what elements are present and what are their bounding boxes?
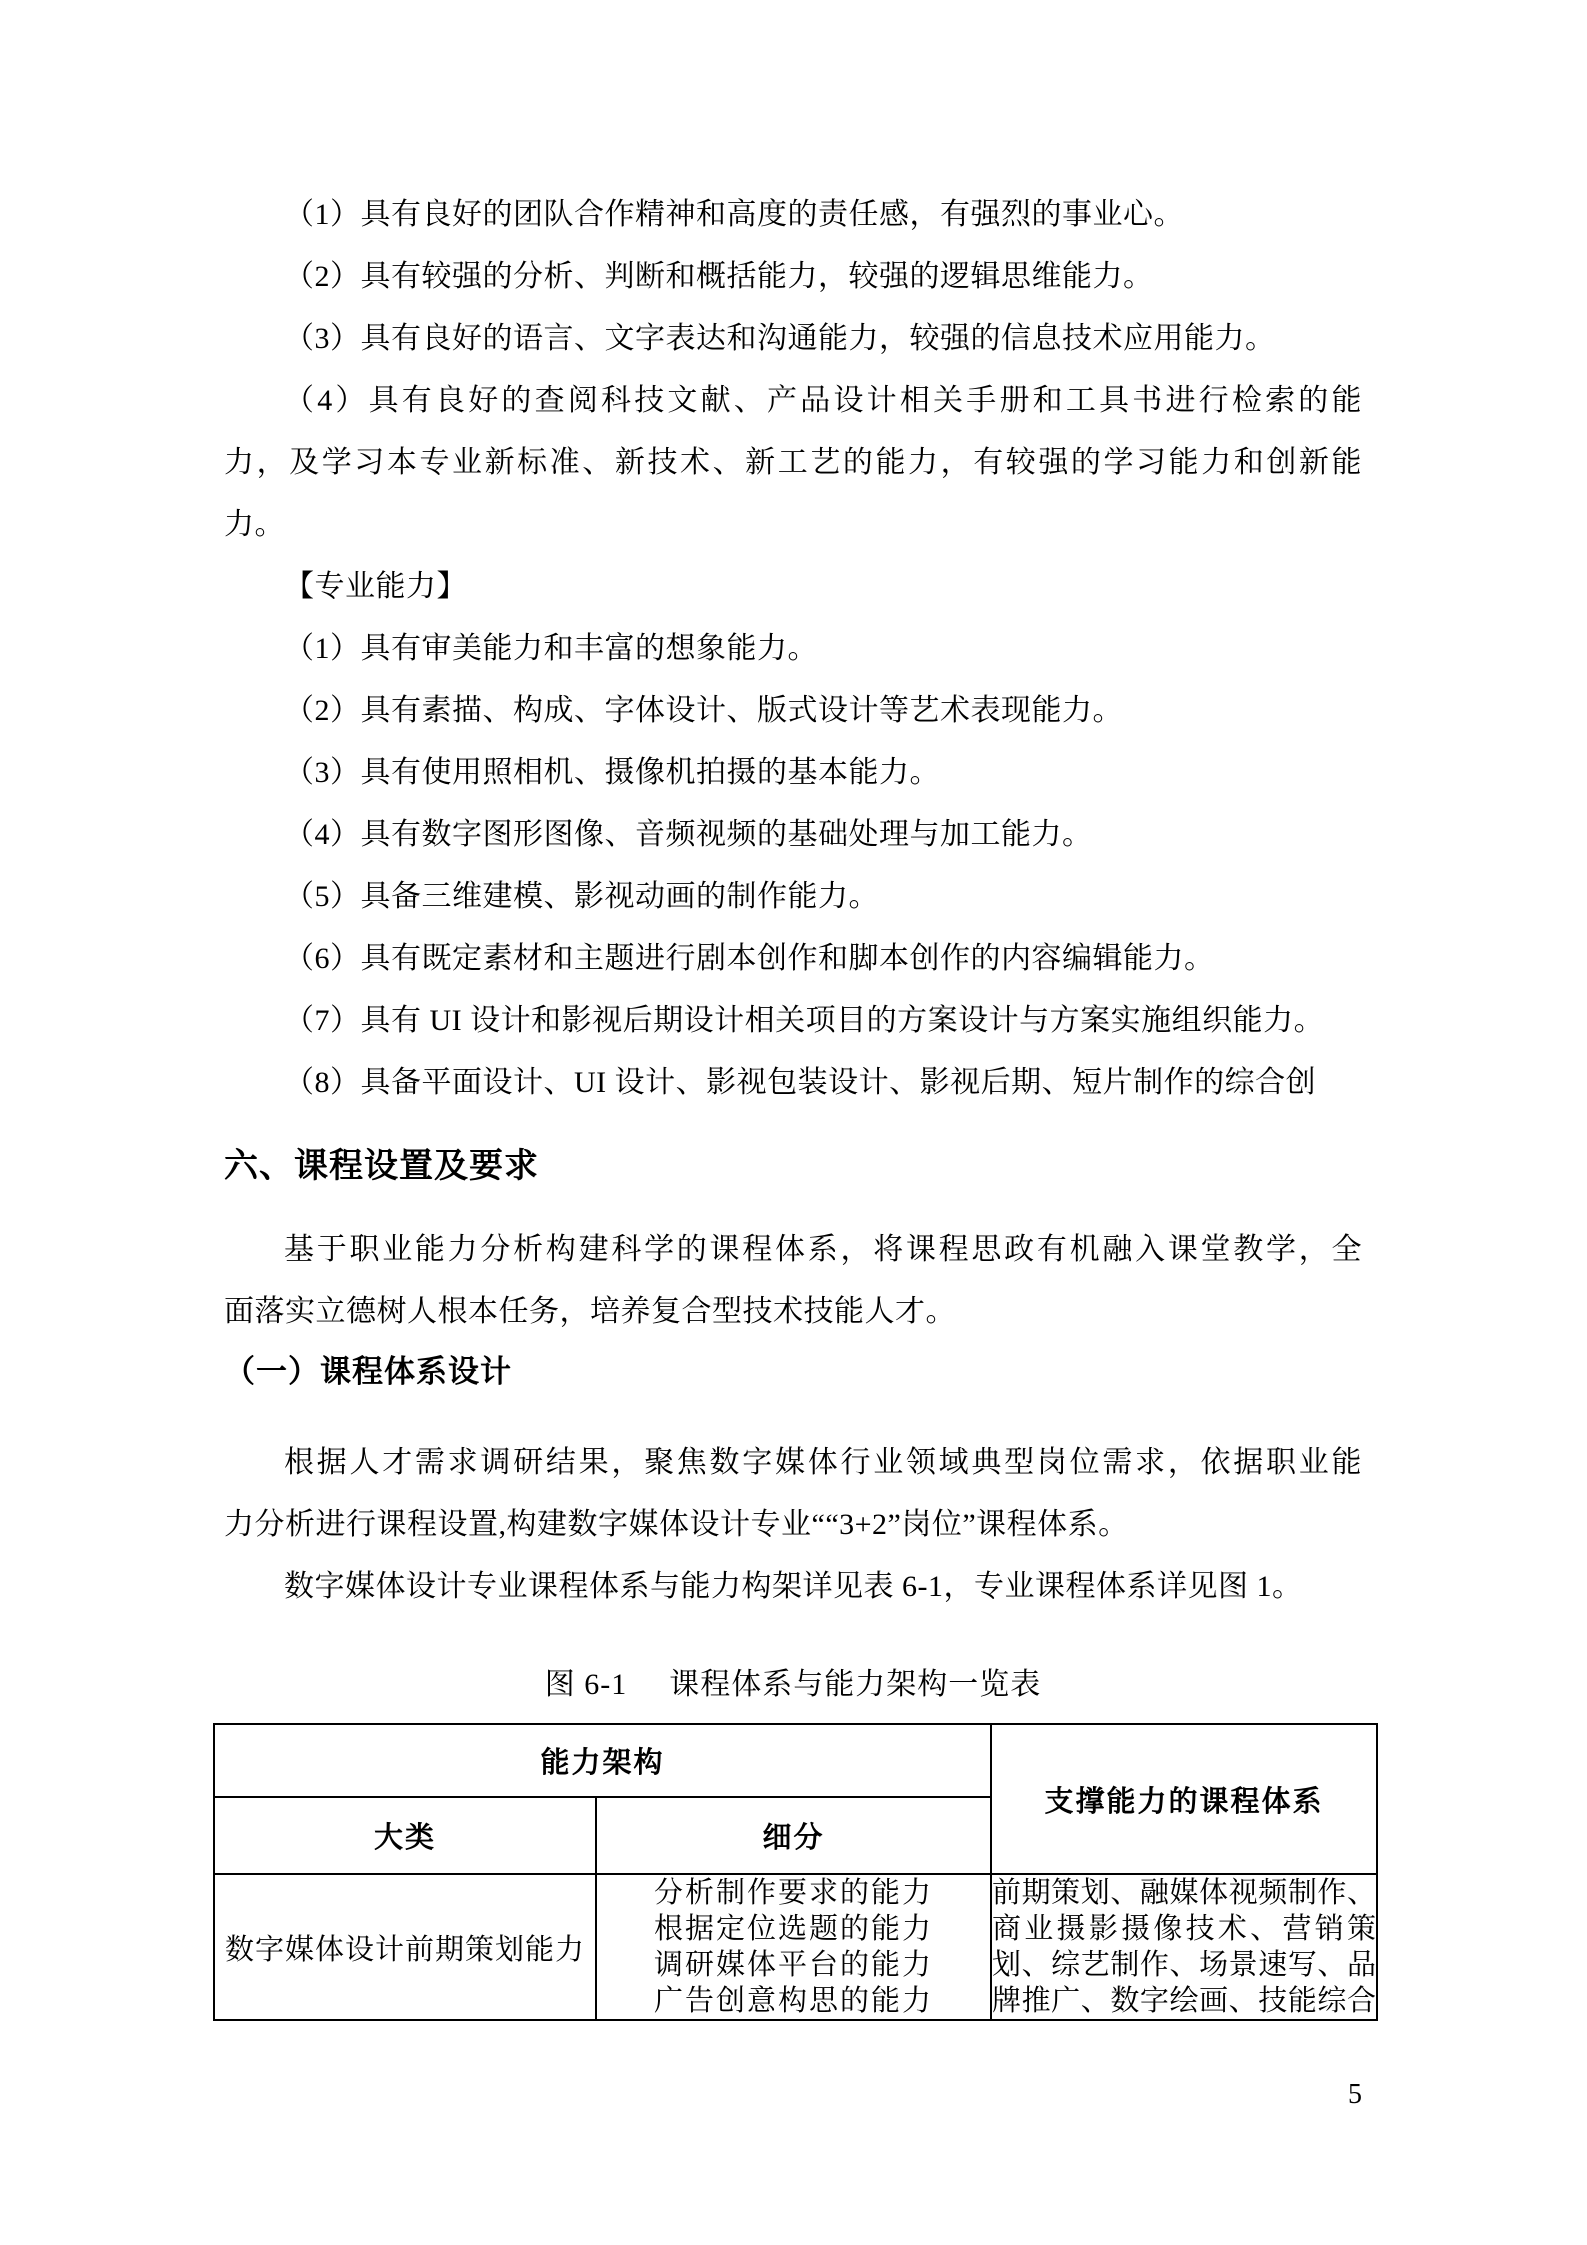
list-item: （3）具有使用照相机、摄像机拍摄的基本能力。	[224, 742, 1362, 804]
paragraph-continuation: 面落实立德树人根本任务，培养复合型技术技能人才。	[224, 1281, 1362, 1343]
table-cell-courses: 前期策划、融媒体视频制作、 商业摄影摄像技术、营销策 划、综艺制作、场景速写、品…	[991, 1874, 1377, 2020]
course-line: 前期策划、融媒体视频制作、	[992, 1875, 1376, 1911]
table-header-major: 大类	[214, 1797, 596, 1874]
list-item: （1）具有良好的团队合作精神和高度的责任感，有强烈的事业心。	[224, 184, 1362, 246]
list-item: （4）具有数字图形图像、音频视频的基础处理与加工能力。	[224, 804, 1362, 866]
list-item: （8）具备平面设计、UI 设计、影视包装设计、影视后期、短片制作的综合创	[224, 1052, 1362, 1114]
paragraph-line: 数字媒体设计专业课程体系与能力构架详见表 6-1，专业课程体系详见图 1。	[224, 1556, 1362, 1618]
paragraph-continuation: 力分析进行课程设置,构建数字媒体设计专业““3+2”岗位”课程体系。	[224, 1494, 1362, 1556]
subsection-heading: （一）课程体系设计	[224, 1343, 1362, 1401]
paragraph-continuation: 力。	[224, 494, 1362, 556]
detail-line: 广告创意构思的能力	[597, 1983, 990, 2019]
detail-line: 调研媒体平台的能力	[597, 1947, 990, 1983]
list-item: （3）具有良好的语言、文字表达和沟通能力，较强的信息技术应用能力。	[224, 308, 1362, 370]
list-item: （5）具备三维建模、影视动画的制作能力。	[224, 866, 1362, 928]
paragraph-continuation: 力，及学习本专业新标准、新技术、新工艺的能力，有较强的学习能力和创新能	[224, 432, 1362, 494]
document-body: （1）具有良好的团队合作精神和高度的责任感，有强烈的事业心。 （2）具有较强的分…	[224, 0, 1362, 2021]
document-page: （1）具有良好的团队合作精神和高度的责任感，有强烈的事业心。 （2）具有较强的分…	[0, 0, 1587, 2245]
table-cell-detail: 分析制作要求的能力 根据定位选题的能力 调研媒体平台的能力 广告创意构思的能力	[596, 1874, 991, 2020]
list-item: （1）具有审美能力和丰富的想象能力。	[224, 618, 1362, 680]
ability-course-table: 能力架构 支撑能力的课程体系 大类 细分 数字媒体设计前期策划能力 分析制作要求…	[213, 1723, 1378, 2021]
table-header-detail: 细分	[596, 1797, 991, 1874]
detail-line: 分析制作要求的能力	[597, 1875, 990, 1911]
table-cell-major: 数字媒体设计前期策划能力	[214, 1874, 596, 2020]
table-header-ability-framework: 能力架构	[214, 1724, 991, 1797]
paragraph-line: 根据人才需求调研结果，聚焦数字媒体行业领域典型岗位需求，依据职业能	[224, 1432, 1362, 1494]
course-line: 划、综艺制作、场景速写、品	[992, 1947, 1376, 1983]
table-caption-title: 课程体系与能力架构一览表	[669, 1668, 1041, 1701]
professional-ability-heading: 【专业能力】	[224, 556, 1362, 618]
list-item: （2）具有素描、构成、字体设计、版式设计等艺术表现能力。	[224, 680, 1362, 742]
paragraph-line: 基于职业能力分析构建科学的课程体系，将课程思政有机融入课堂教学，全	[224, 1219, 1362, 1281]
course-line: 牌推广、数字绘画、技能综合	[992, 1983, 1376, 2019]
course-line: 商业摄影摄像技术、营销策	[992, 1911, 1376, 1947]
table-row: 数字媒体设计前期策划能力 分析制作要求的能力 根据定位选题的能力 调研媒体平台的…	[214, 1874, 1377, 2020]
table-caption: 图 6-1课程体系与能力架构一览表	[224, 1663, 1362, 1707]
section-heading: 六、课程设置及要求	[224, 1134, 1362, 1198]
list-item: （6）具有既定素材和主题进行剧本创作和脚本创作的内容编辑能力。	[224, 928, 1362, 990]
table-caption-label: 图 6-1	[545, 1668, 628, 1701]
detail-line: 根据定位选题的能力	[597, 1911, 990, 1947]
list-item: （4）具有良好的查阅科技文献、产品设计相关手册和工具书进行检索的能	[224, 370, 1362, 432]
list-item: （7）具有 UI 设计和影视后期设计相关项目的方案设计与方案实施组织能力。	[224, 990, 1362, 1052]
table-header-supporting-courses: 支撑能力的课程体系	[991, 1724, 1377, 1874]
list-item: （2）具有较强的分析、判断和概括能力，较强的逻辑思维能力。	[224, 246, 1362, 308]
page-number: 5	[1338, 2075, 1372, 2115]
